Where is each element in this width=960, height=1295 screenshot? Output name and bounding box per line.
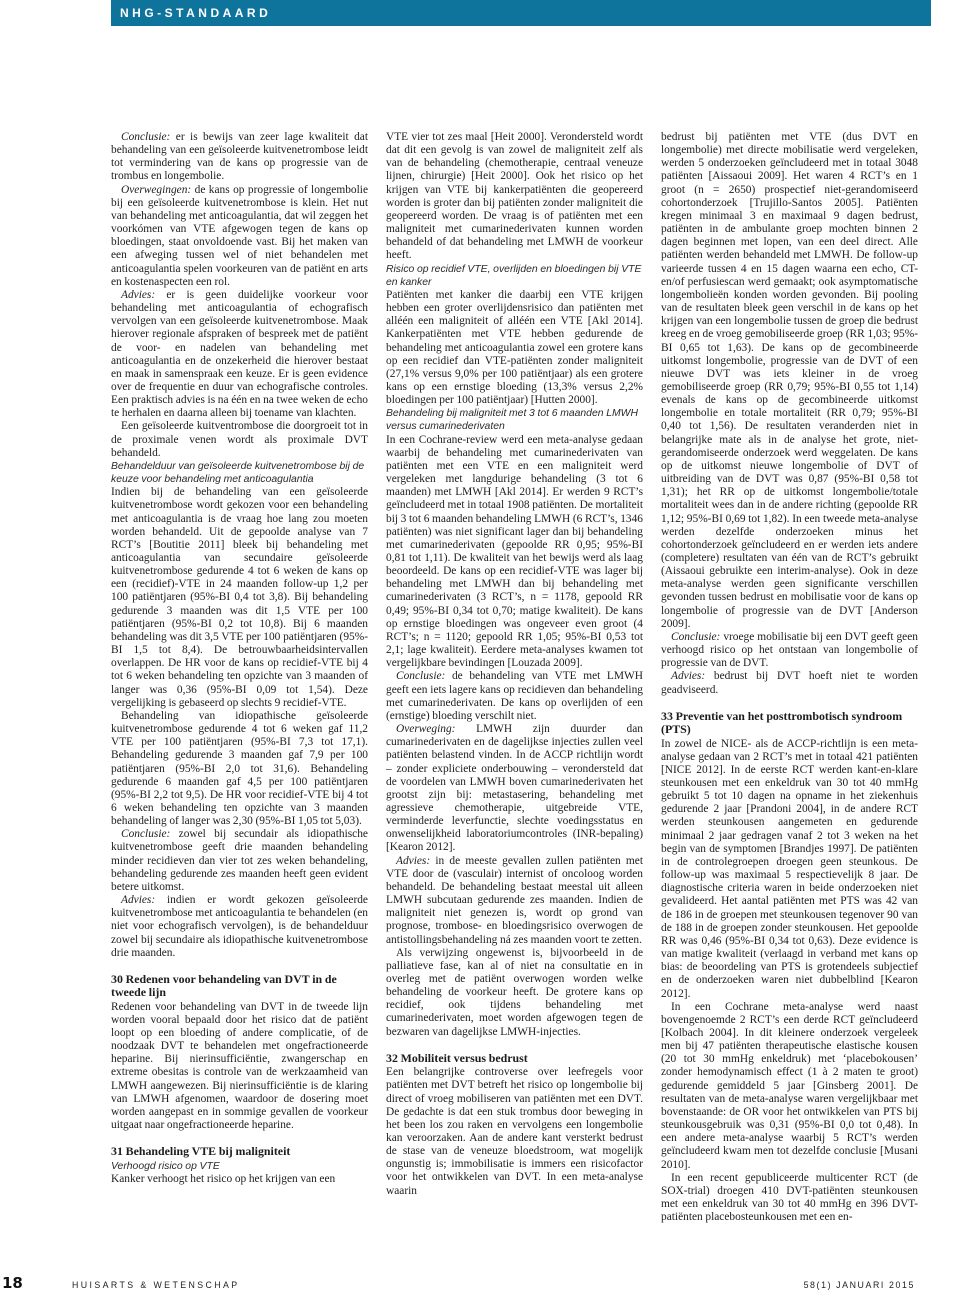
sub-heading: Risico op recidief VTE, overlijden en bl… (386, 263, 643, 289)
paragraph: bedrust bij patiënten met VTE (dus DVT e… (661, 131, 918, 631)
paragraph: In een Cochrane meta-analyse werd naast … (661, 1001, 918, 1172)
sub-heading: Behandeling bij maligniteit met 3 tot 6 … (386, 407, 643, 433)
paragraph: Indien bij de behandeling van een geïsol… (111, 486, 368, 710)
paragraph: Redenen voor behandeling van DVT in de t… (111, 1001, 368, 1133)
sub-heading: Behandelduur van geïsoleerde kuitvenetro… (111, 460, 368, 486)
paragraph: Als verwijzing ongewenst is, bijvoorbeel… (386, 947, 643, 1039)
paragraph: Kanker verhoogt het risico op het krijge… (111, 1173, 368, 1186)
paragraph: Overwegingen: de kans op progressie of l… (111, 184, 368, 289)
paragraph: Conclusie: zowel bij secundair als idiop… (111, 828, 368, 894)
paragraph: In zowel de NICE- als de ACCP-richtlijn … (661, 738, 918, 1001)
section-banner: NHG-STANDAARD (111, 0, 931, 26)
journal-title: huisarts & wetenschap (72, 1280, 240, 1290)
paragraph: Patiënten met kanker die daarbij een VTE… (386, 289, 643, 407)
column-2: VTE vier tot zes maal [Heit 2000]. Veron… (386, 131, 643, 1256)
paragraph-lead: Advies: (121, 289, 155, 301)
section-banner-label: NHG-STANDAARD (120, 6, 271, 20)
section-heading: 32 Mobiliteit versus bedrust (386, 1052, 643, 1065)
section-heading: 31 Behandeling VTE bij maligniteit (111, 1145, 368, 1158)
paragraph: Advies: bedrust bij DVT hoeft niet te wo… (661, 670, 918, 696)
paragraph-lead: Overweging: (396, 723, 455, 735)
paragraph: Advies: indien er wordt gekozen geïsolee… (111, 894, 368, 960)
content-columns: Conclusie: er is bewijs van zeer lage kw… (111, 131, 919, 1256)
paragraph-lead: Conclusie: (121, 131, 170, 143)
paragraph-lead: Conclusie: (121, 828, 170, 840)
paragraph: In een recent gepubliceerde multicenter … (661, 1172, 918, 1225)
paragraph-lead: Conclusie: (671, 631, 720, 643)
issue-date: 58(1) januari 2015 (804, 1280, 915, 1290)
column-3: bedrust bij patiënten met VTE (dus DVT e… (661, 131, 918, 1256)
paragraph: Behandeling van idiopathische geïsoleerd… (111, 710, 368, 828)
section-heading: 30 Redenen voor behandeling van DVT in d… (111, 973, 368, 1000)
paragraph: Conclusie: er is bewijs van zeer lage kw… (111, 131, 368, 184)
paragraph: Advies: in de meeste gevallen zullen pat… (386, 855, 643, 947)
paragraph: Overweging: LMWH zijn duurder dan cumari… (386, 723, 643, 855)
paragraph: Conclusie: vroege mobilisatie bij een DV… (661, 631, 918, 670)
paragraph-lead: Overwegingen: (121, 184, 191, 196)
paragraph: Een belangrijke controverse over leefreg… (386, 1066, 643, 1198)
sub-heading: Verhoogd risico op VTE (111, 1160, 368, 1173)
paragraph-lead: Conclusie: (396, 670, 445, 682)
paragraph: Advies: er is geen duidelijke voorkeur v… (111, 289, 368, 421)
paragraph: Een geïsoleerde kuitventrombose die door… (111, 420, 368, 459)
section-heading: 33 Preventie van het posttrombotisch syn… (661, 710, 918, 737)
paragraph-lead: Advies: (396, 855, 430, 867)
paragraph: Conclusie: de behandeling van VTE met LM… (386, 670, 643, 723)
paragraph-lead: Advies: (671, 670, 705, 682)
journal-page: NHG-STANDAARD Conclusie: er is bewijs va… (0, 0, 960, 1295)
column-1: Conclusie: er is bewijs van zeer lage kw… (111, 131, 368, 1256)
paragraph: In een Cochrane-review werd een meta-ana… (386, 434, 643, 671)
paragraph: VTE vier tot zes maal [Heit 2000]. Veron… (386, 131, 643, 263)
paragraph-lead: Advies: (121, 894, 155, 906)
page-number: 18 (2, 1274, 23, 1292)
